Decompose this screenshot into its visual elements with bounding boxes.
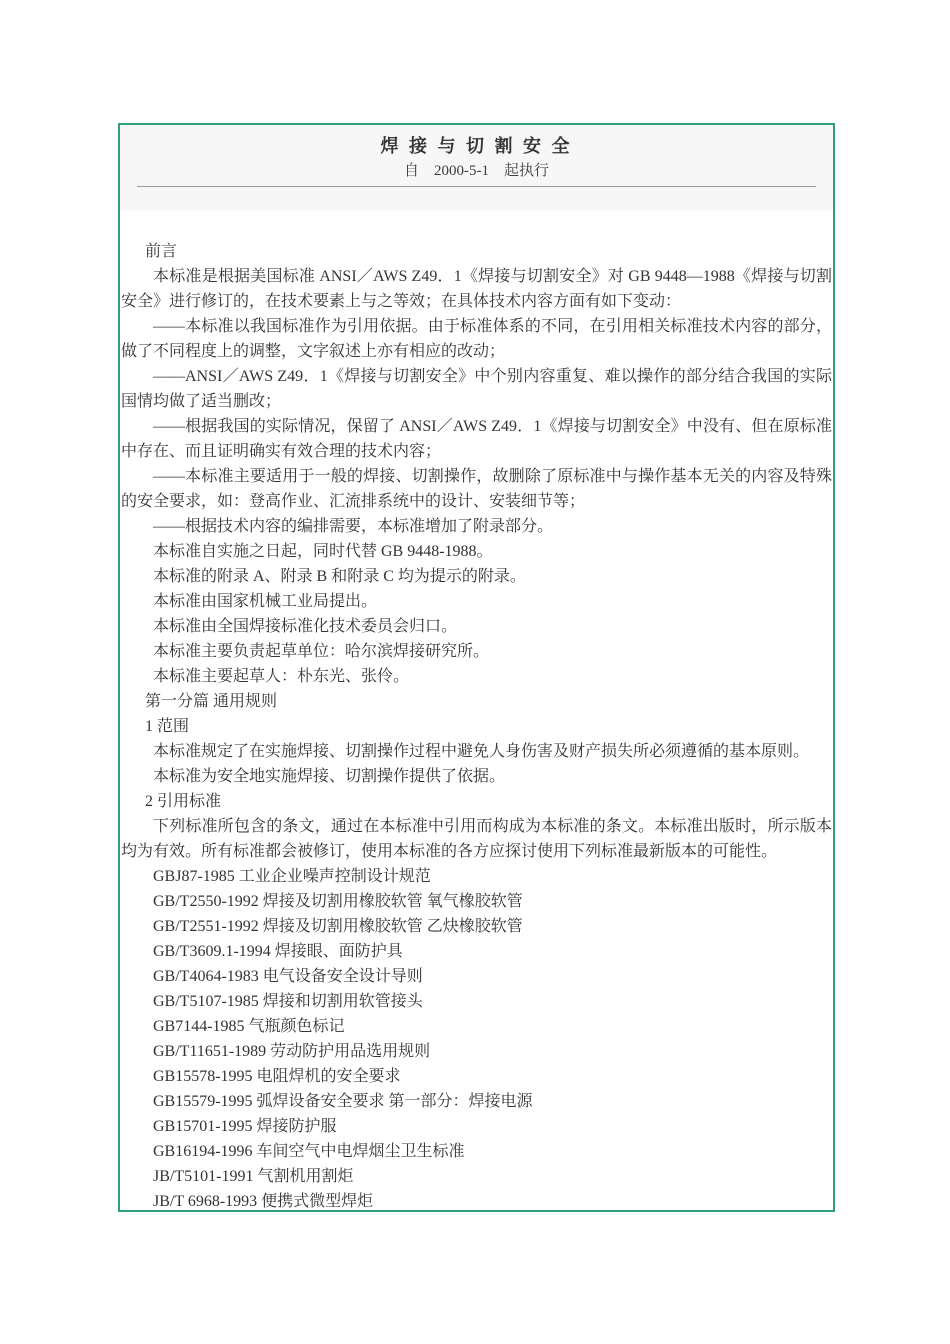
paragraph: 本标准自实施之日起，同时代替 GB 9448-1988。 — [121, 539, 832, 564]
paragraph: ——根据我国的实际情况，保留了 ANSI／AWS Z49．1《焊接与切割安全》中… — [121, 414, 832, 464]
paragraph: JB/T5101-1991 气割机用割炬 — [121, 1164, 832, 1189]
paragraph: GB/T3609.1-1994 焊接眼、面防护具 — [121, 939, 832, 964]
document-frame: 焊 接 与 切 割 安 全 自 2000-5-1 起执行 前言本标准是根据美国标… — [118, 123, 835, 1212]
paragraph: GB16194-1996 车间空气中电焊烟尘卫生标准 — [121, 1139, 832, 1164]
paragraph: 本标准由全国焊接标准化技术委员会归口。 — [121, 614, 832, 639]
paragraph: GB/T5107-1985 焊接和切割用软管接头 — [121, 989, 832, 1014]
paragraph: ——本标准主要适用于一般的焊接、切割操作，故删除了原标准中与操作基本无关的内容及… — [121, 464, 832, 514]
paragraph: ——本标准以我国标准作为引用依据。由于标准体系的不同，在引用相关标准技术内容的部… — [121, 314, 832, 364]
paragraph: 本标准主要负责起草单位：哈尔滨焊接研究所。 — [121, 639, 832, 664]
paragraph: ——根据技术内容的编排需要，本标准增加了附录部分。 — [121, 514, 832, 539]
paragraph: 第一分篇 通用规则 — [121, 689, 832, 714]
document-effective-date: 自 2000-5-1 起执行 — [120, 160, 833, 182]
paragraph: 1 范围 — [121, 714, 832, 739]
document-header: 焊 接 与 切 割 安 全 自 2000-5-1 起执行 — [120, 125, 833, 211]
paragraph: 本标准的附录 A、附录 B 和附录 C 均为提示的附录。 — [121, 564, 832, 589]
paragraph: 本标准为安全地实施焊接、切割操作提供了依据。 — [121, 764, 832, 789]
paragraph: GB15578-1995 电阻焊机的安全要求 — [121, 1064, 832, 1089]
paragraph: 本标准是根据美国标准 ANSI／AWS Z49．1《焊接与切割安全》对 GB 9… — [121, 264, 832, 314]
paragraph: 2 引用标准 — [121, 789, 832, 814]
header-divider — [137, 186, 816, 187]
paragraph: GB15579-1995 弧焊设备安全要求 第一部分：焊接电源 — [121, 1089, 832, 1114]
document-body: 前言本标准是根据美国标准 ANSI／AWS Z49．1《焊接与切割安全》对 GB… — [120, 211, 833, 1212]
paragraph: 本标准主要起草人：朴东光、张伶。 — [121, 664, 832, 689]
paragraph: GBJ87-1985 工业企业噪声控制设计规范 — [121, 864, 832, 889]
paragraph: 前言 — [121, 239, 832, 264]
paragraph: GB7144-1985 气瓶颜色标记 — [121, 1014, 832, 1039]
paragraph: 下列标准所包含的条文，通过在本标准中引用而构成为本标准的条文。本标准出版时，所示… — [121, 814, 832, 864]
paragraph: GB/T11651-1989 劳动防护用品选用规则 — [121, 1039, 832, 1064]
paragraph: GB/T4064-1983 电气设备安全设计导则 — [121, 964, 832, 989]
paragraph: GB/T2550-1992 焊接及切割用橡胶软管 氧气橡胶软管 — [121, 889, 832, 914]
document-title: 焊 接 与 切 割 安 全 — [120, 134, 833, 158]
paragraph: 本标准由国家机械工业局提出。 — [121, 589, 832, 614]
paragraph: JB/T 6968-1993 便携式微型焊炬 — [121, 1189, 832, 1212]
paragraph: GB/T2551-1992 焊接及切割用橡胶软管 乙炔橡胶软管 — [121, 914, 832, 939]
paragraph: 本标准规定了在实施焊接、切割操作过程中避免人身伤害及财产损失所必须遵循的基本原则… — [121, 739, 832, 764]
paragraph: ——ANSI／AWS Z49．1《焊接与切割安全》中个别内容重复、难以操作的部分… — [121, 364, 832, 414]
paragraph: GB15701-1995 焊接防护服 — [121, 1114, 832, 1139]
